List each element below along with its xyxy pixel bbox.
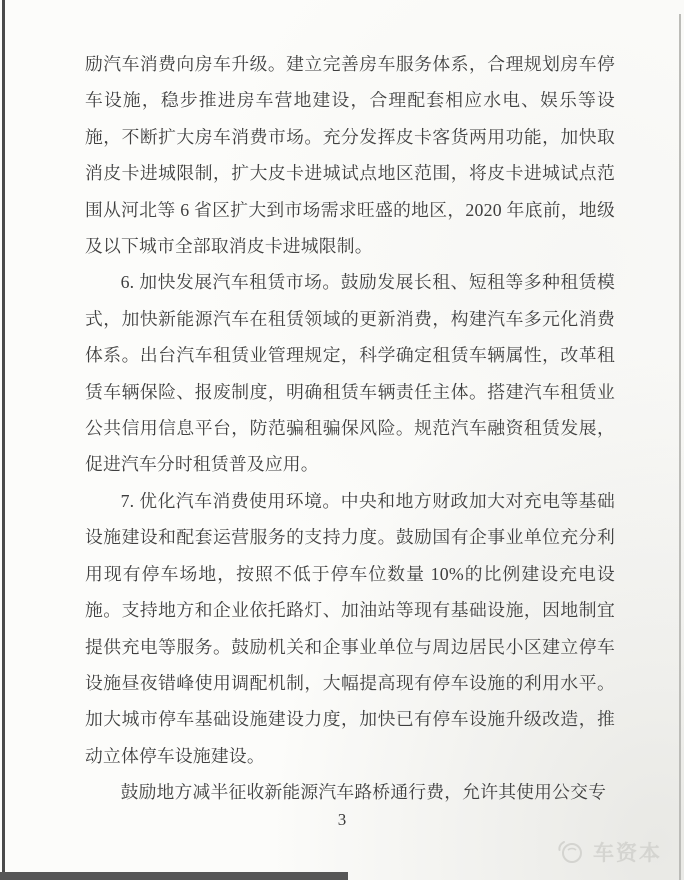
scan-edge-right bbox=[679, 14, 681, 880]
page-number: 3 bbox=[0, 810, 684, 830]
paragraph-item-6: 6. 加快发展汽车租赁市场。鼓励发展长租、短租等多种租赁模式，加快新能源汽车在租… bbox=[85, 264, 615, 482]
scanned-document-page: 励汽车消费向房车升级。建立完善房车服务体系，合理规划房车停车设施，稳步推进房车营… bbox=[0, 0, 684, 880]
paragraph-continuation: 励汽车消费向房车升级。建立完善房车服务体系，合理规划房车停车设施，稳步推进房车营… bbox=[85, 46, 615, 264]
watermark: 车资本 bbox=[556, 837, 662, 867]
car-capital-logo-icon bbox=[556, 838, 586, 866]
paragraph-last: 鼓励地方减半征收新能源汽车路桥通行费，允许其使用公交专 bbox=[85, 774, 615, 810]
scan-edge-left bbox=[2, 0, 5, 880]
scan-edge-bottom bbox=[0, 872, 348, 880]
document-body: 励汽车消费向房车升级。建立完善房车服务体系，合理规划房车停车设施，稳步推进房车营… bbox=[85, 46, 615, 811]
watermark-text: 车资本 bbox=[593, 837, 662, 867]
paragraph-item-7: 7. 优化汽车消费使用环境。中央和地方财政加大对充电等基础设施建设和配套运营服务… bbox=[85, 483, 615, 774]
